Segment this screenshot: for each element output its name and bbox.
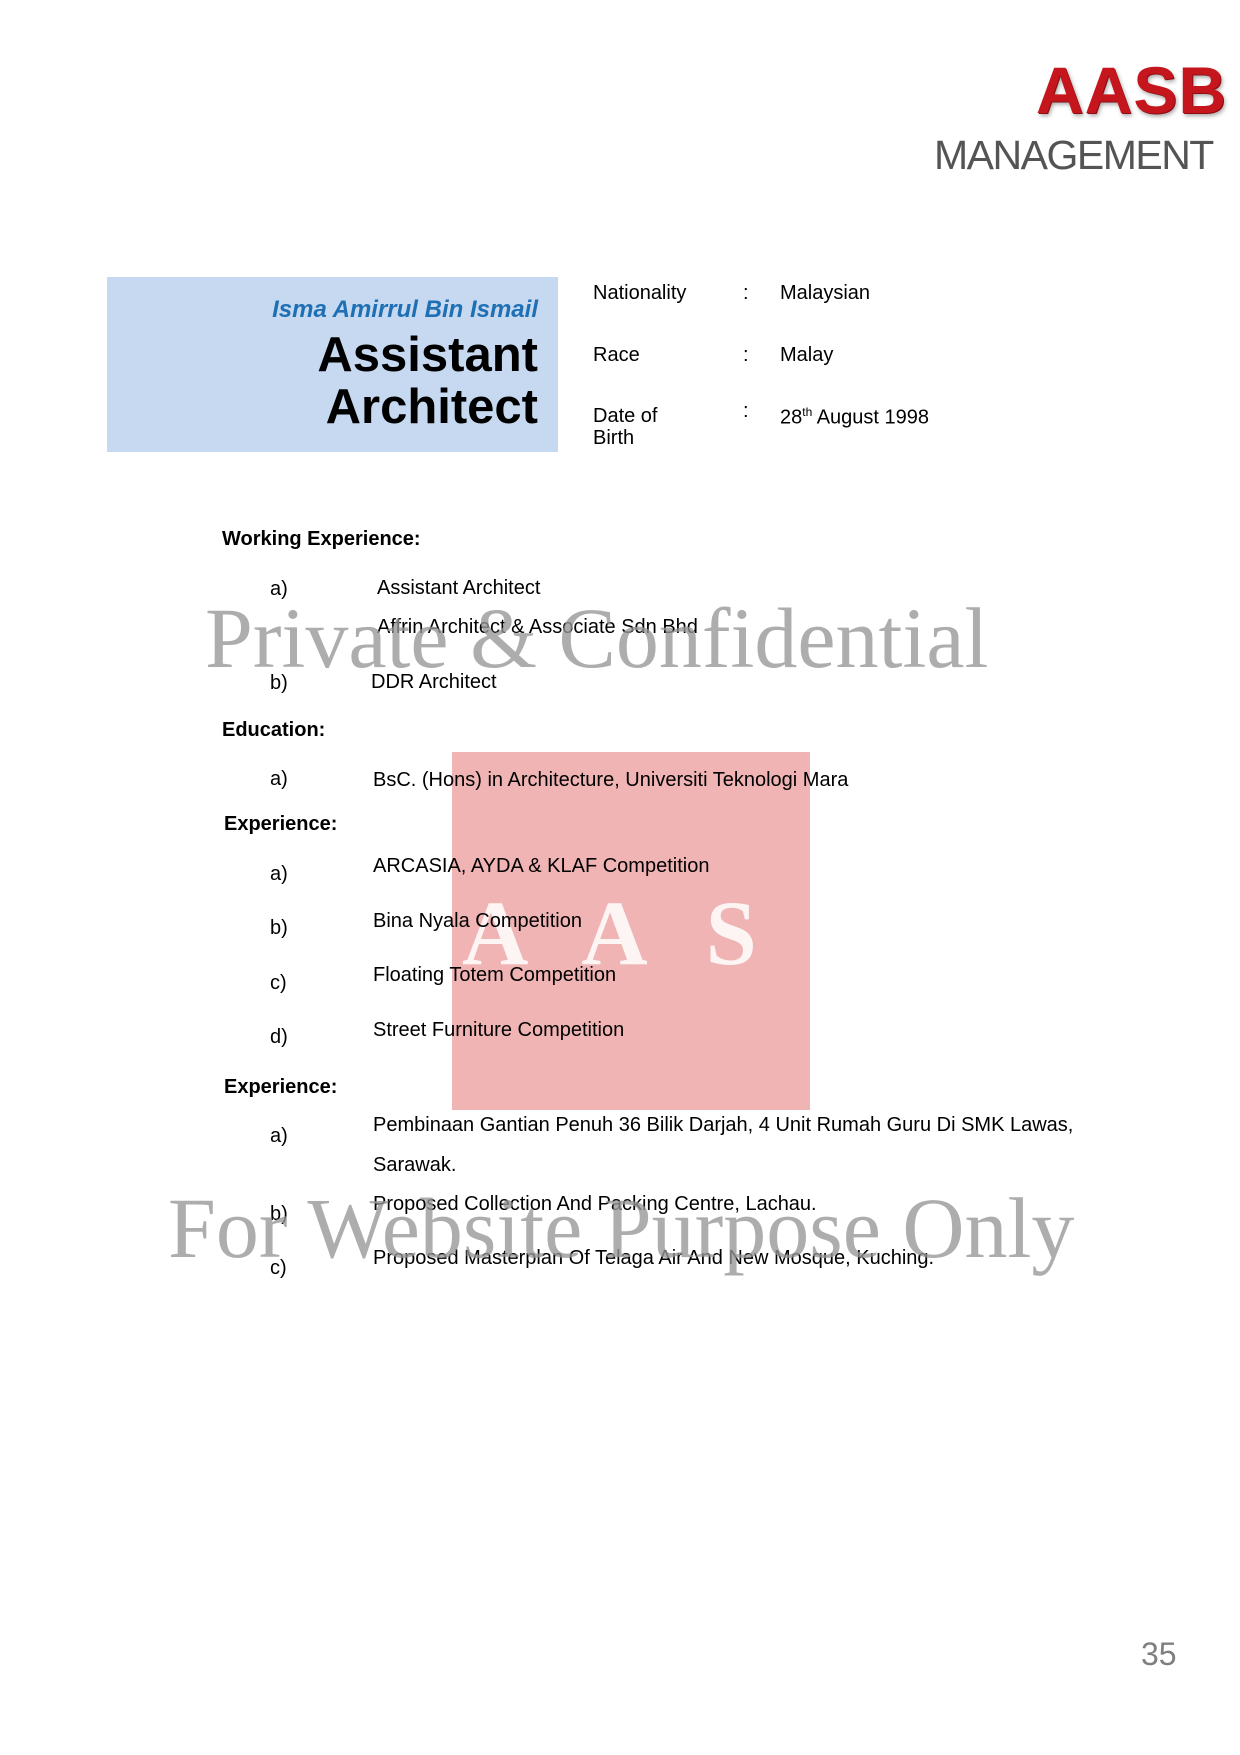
list-item: Floating Totem Competition [373, 964, 616, 987]
list-marker: b) [270, 917, 288, 940]
page-number: 35 [1141, 1636, 1177, 1673]
website-purpose-watermark: For Website Purpose Only [168, 1178, 1074, 1278]
list-item: BsC. (Hons) in Architecture, Universiti … [373, 769, 848, 792]
list-item-line-2: Sarawak. [373, 1154, 456, 1177]
list-item-line-1: Pembinaan Gantian Penuh 36 Bilik Darjah,… [373, 1114, 1073, 1137]
nationality-value: Malaysian [780, 282, 870, 305]
dob-separator: : [743, 400, 749, 423]
dob-label-line-1: Date of [593, 405, 657, 427]
dob-month-year: August 1998 [812, 407, 929, 429]
section-title: Experience: [224, 1076, 337, 1099]
profile-header-box: Isma Amirrul Bin Ismail Assistant Archit… [107, 277, 558, 452]
nationality-separator: : [743, 282, 749, 305]
dob-label: Date of Birth [593, 405, 657, 449]
brand-logo: AASB [1036, 52, 1227, 128]
list-item: Street Furniture Competition [373, 1019, 624, 1042]
confidential-watermark: Private & Confidential [205, 588, 988, 688]
list-item: ARCASIA, AYDA & KLAF Competition [373, 855, 709, 878]
job-title-line-1: Assistant [317, 329, 538, 381]
list-item: Bina Nyala Competition [373, 910, 582, 933]
section-title: Experience: [224, 813, 337, 836]
nationality-label: Nationality [593, 282, 686, 304]
list-marker: c) [270, 972, 287, 995]
brand-logo-subtitle: MANAGEMENT [934, 132, 1213, 179]
race-value: Malay [780, 344, 833, 367]
job-title: Assistant Architect [317, 329, 538, 433]
section-title: Working Experience: [222, 528, 421, 551]
dob-value: 28th August 1998 [780, 405, 929, 430]
list-marker: d) [270, 1026, 288, 1049]
section-title: Education: [222, 719, 325, 742]
dob-label-line-2: Birth [593, 427, 657, 449]
list-marker: a) [270, 1125, 288, 1148]
dob-day-suffix: th [802, 405, 812, 419]
race-label: Race [593, 344, 640, 366]
race-separator: : [743, 344, 749, 367]
person-name: Isma Amirrul Bin Ismail [272, 296, 538, 324]
job-title-line-2: Architect [317, 381, 538, 433]
dob-day: 28 [780, 407, 802, 429]
list-marker: a) [270, 863, 288, 886]
list-marker: a) [270, 768, 288, 791]
